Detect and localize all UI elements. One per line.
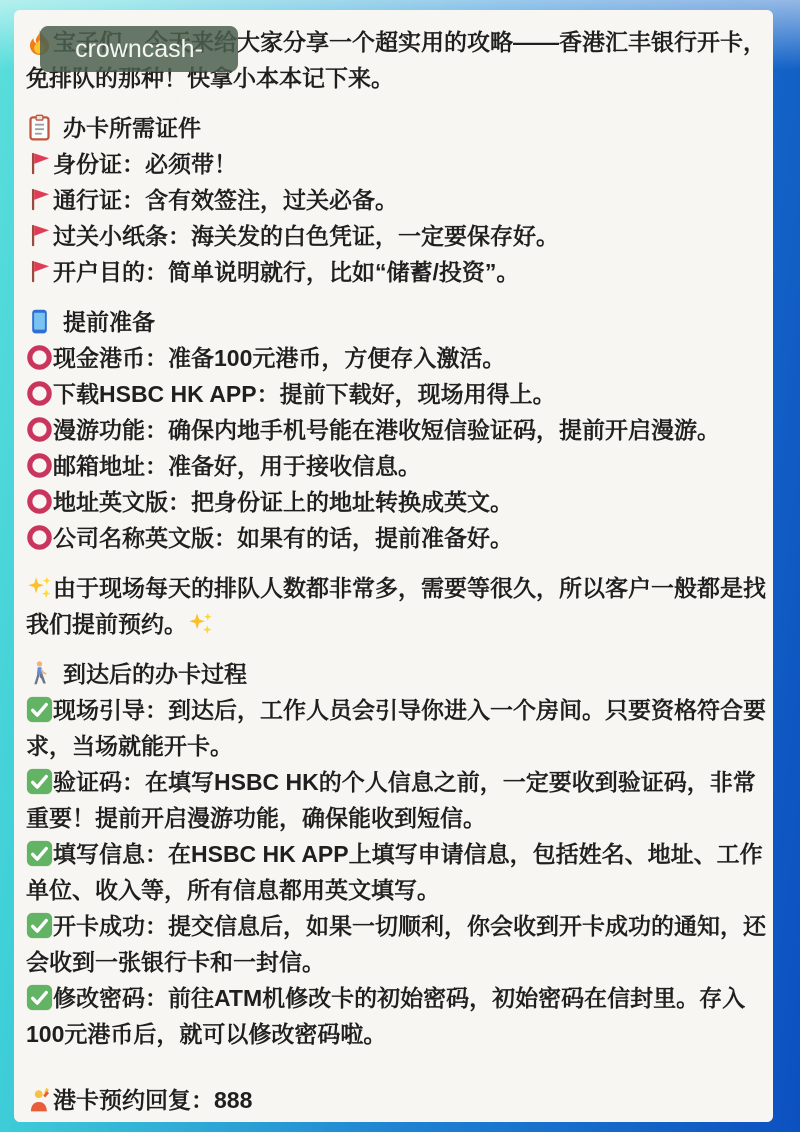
- list-item-text: 过关小纸条：海关发的白色凭证，一定要保存好。: [53, 223, 559, 249]
- list-item-text: 邮箱地址：准备好，用于接收信息。: [53, 453, 421, 479]
- list-item: 现金港币：准备100元港币，方便存入激活。: [26, 340, 769, 376]
- list-item: 验证码：在填写HSBC HK的个人信息之前，一定要收到验证码，非常 重要！提前开…: [26, 764, 769, 836]
- triangular-flag-icon: [26, 150, 53, 177]
- list-item-text: 开户目的：简单说明就行，比如“储蓄/投资”。: [53, 259, 519, 285]
- footer-paragraph: 港卡预约回复：888: [26, 1082, 769, 1118]
- raising-hand-icon: [26, 1086, 53, 1113]
- list-item-text: 漫游功能：确保内地手机号能在港收短信验证码，提前开启漫游。: [53, 417, 720, 443]
- list-item: 身份证：必须带！: [26, 146, 769, 182]
- triangular-flag-icon: [26, 258, 53, 285]
- page-background: { "watermark": { "text": "crowncash-hg.c…: [0, 0, 800, 1132]
- list-item-text: 修改密码：前往ATM机修改卡的初始密码，初始密码在信封里。存入 100元港币后，…: [26, 985, 745, 1047]
- section-preparation-header: 提前准备: [26, 304, 769, 340]
- list-item: 过关小纸条：海关发的白色凭证，一定要保存好。: [26, 218, 769, 254]
- hollow-red-circle-icon: [26, 344, 53, 371]
- list-item-text: 验证码：在填写HSBC HK的个人信息之前，一定要收到验证码，非常 重要！提前开…: [26, 769, 756, 831]
- note-text: 由于现场每天的排队人数都非常多，需要等很久，所以客户一般都是找 我们提前预约。: [26, 575, 766, 637]
- sparkles-icon: [26, 574, 53, 601]
- mobile-phone-icon: [26, 308, 53, 335]
- list-item: 公司名称英文版：如果有的话，提前准备好。: [26, 520, 769, 556]
- clipboard-icon: [26, 114, 53, 141]
- green-check-icon: [26, 984, 53, 1011]
- hollow-red-circle-icon: [26, 452, 53, 479]
- list-item: 填写信息：在HSBC HK APP上填写申请信息，包括姓名、地址、工作 单位、收…: [26, 836, 769, 908]
- hollow-red-circle-icon: [26, 488, 53, 515]
- section-title: 办卡所需证件: [63, 115, 201, 141]
- content-card: 宝子们，今天来给大家分享一个超实用的攻略——香港汇丰银行开卡， 免排队的那种！快…: [14, 10, 773, 1122]
- list-item-text: 现场引导：到达后，工作人员会引导你进入一个房间。只要资格符合要 求，当场就能开卡…: [26, 697, 766, 759]
- list-item: 漫游功能：确保内地手机号能在港收短信验证码，提前开启漫游。: [26, 412, 769, 448]
- triangular-flag-icon: [26, 222, 53, 249]
- list-item: 开户目的：简单说明就行，比如“储蓄/投资”。: [26, 254, 769, 290]
- hollow-red-circle-icon: [26, 380, 53, 407]
- walking-person-icon: [26, 660, 53, 687]
- list-item-text: 填写信息：在HSBC HK APP上填写申请信息，包括姓名、地址、工作 单位、收…: [26, 841, 763, 903]
- list-item: 地址英文版：把身份证上的地址转换成英文。: [26, 484, 769, 520]
- sparkles-icon: [187, 610, 214, 637]
- hollow-red-circle-icon: [26, 524, 53, 551]
- list-item-text: 公司名称英文版：如果有的话，提前准备好。: [53, 525, 513, 551]
- note-paragraph: 由于现场每天的排队人数都非常多，需要等很久，所以客户一般都是找 我们提前预约。: [26, 570, 769, 642]
- section-title: 到达后的办卡过程: [63, 661, 247, 687]
- list-item: 下载HSBC HK APP：提前下载好，现场用得上。: [26, 376, 769, 412]
- list-item-text: 通行证：含有效签注，过关必备。: [53, 187, 398, 213]
- list-item: 现场引导：到达后，工作人员会引导你进入一个房间。只要资格符合要 求，当场就能开卡…: [26, 692, 769, 764]
- footer-text: 港卡预约回复：888: [53, 1087, 252, 1113]
- section-process-header: 到达后的办卡过程: [26, 656, 769, 692]
- green-check-icon: [26, 840, 53, 867]
- green-check-icon: [26, 696, 53, 723]
- list-item-text: 现金港币：准备100元港币，方便存入激活。: [53, 345, 505, 371]
- hollow-red-circle-icon: [26, 416, 53, 443]
- green-check-icon: [26, 912, 53, 939]
- watermark: crowncash-hg.com: [40, 26, 238, 72]
- list-item-text: 开卡成功：提交信息后，如果一切顺利，你会收到开卡成功的通知，还 会收到一张银行卡…: [26, 913, 766, 975]
- list-item: 通行证：含有效签注，过关必备。: [26, 182, 769, 218]
- triangular-flag-icon: [26, 186, 53, 213]
- list-item-text: 下载HSBC HK APP：提前下载好，现场用得上。: [53, 381, 556, 407]
- list-item-text: 地址英文版：把身份证上的地址转换成英文。: [53, 489, 513, 515]
- list-item-text: 身份证：必须带！: [53, 151, 237, 177]
- list-item: 邮箱地址：准备好，用于接收信息。: [26, 448, 769, 484]
- section-title: 提前准备: [63, 309, 155, 335]
- list-item: 修改密码：前往ATM机修改卡的初始密码，初始密码在信封里。存入 100元港币后，…: [26, 980, 769, 1052]
- green-check-icon: [26, 768, 53, 795]
- list-item: 开卡成功：提交信息后，如果一切顺利，你会收到开卡成功的通知，还 会收到一张银行卡…: [26, 908, 769, 980]
